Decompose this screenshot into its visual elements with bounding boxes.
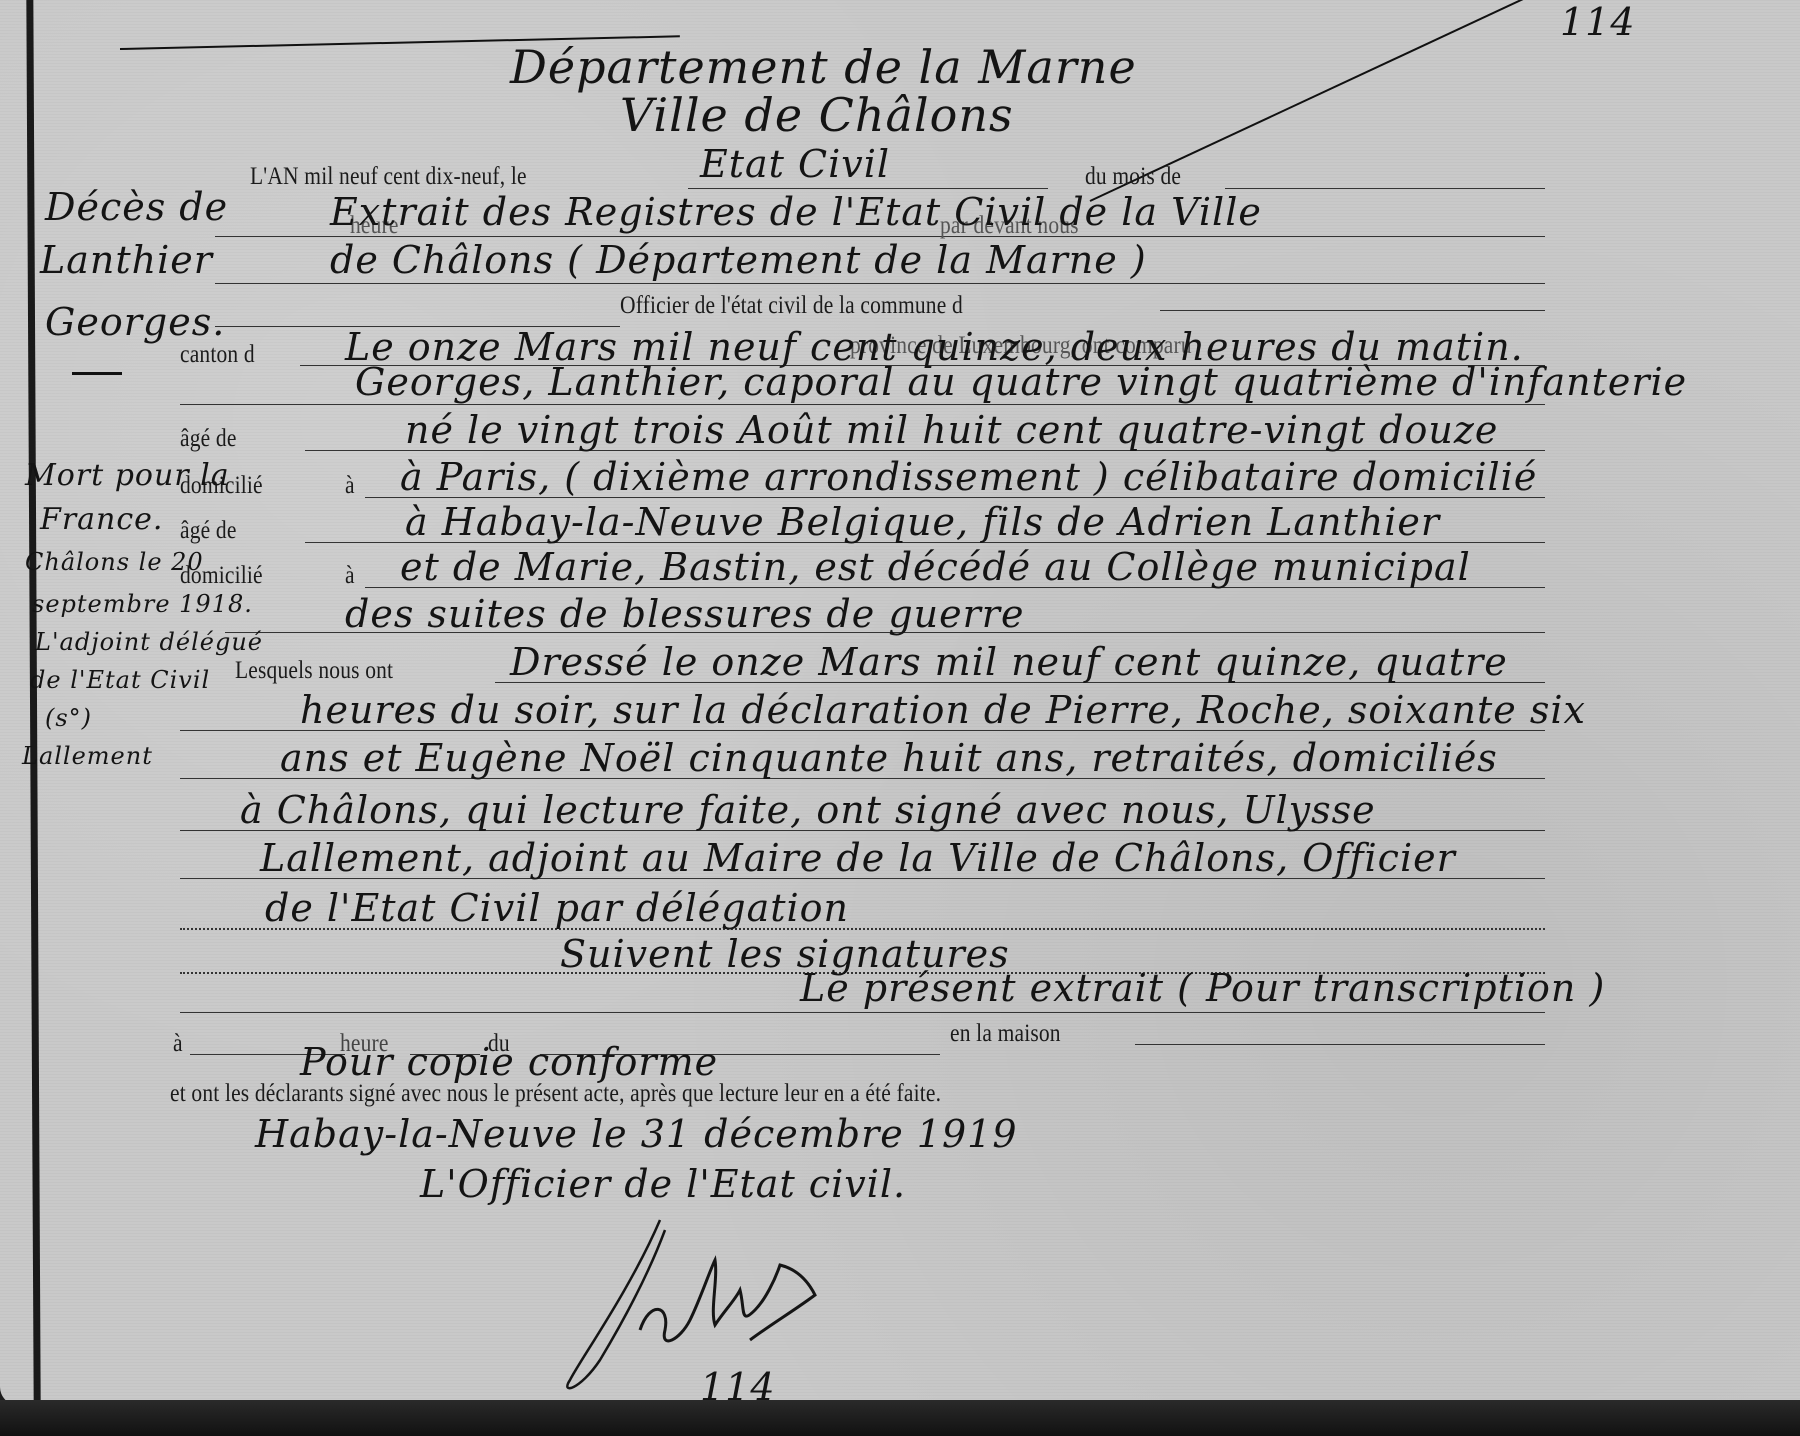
rule-line3 (215, 283, 1545, 284)
rule-line2 (215, 236, 1545, 237)
hand-etat-civil: Etat Civil (700, 142, 890, 186)
margin-mention-7: (s°) (45, 704, 92, 732)
hand-line-delegation: de l'Etat Civil par délégation (265, 886, 849, 930)
printed-dom2-a: à (345, 562, 355, 590)
rule-month (1225, 188, 1545, 189)
margin-mention-6: de l'Etat Civil (30, 666, 210, 694)
hand-line-domicile: à Habay-la-Neuve Belgique, fils de Adrie… (405, 500, 1440, 544)
margin-mention-8: Lallement (22, 742, 153, 770)
hand-place-date: Habay-la-Neuve le 31 décembre 1919 (255, 1112, 1018, 1156)
header-ville: Ville de Châlons (620, 88, 1014, 142)
hand-line-identity: Georges, Lanthier, caporal au quatre vin… (355, 360, 1687, 404)
header-department: Département de la Marne (510, 40, 1137, 94)
printed-maison-label: en la maison (950, 1020, 1061, 1048)
hand-line-cause: des suites de blessures de guerre (345, 592, 1024, 636)
register-page: 114 Département de la Marne Ville de Châ… (0, 0, 1800, 1405)
margin-mention-3: Châlons le 20 (25, 548, 204, 576)
hand-officier-title: L'Officier de l'Etat civil. (420, 1162, 906, 1206)
printed-dom1-a: à (345, 472, 355, 500)
margin-mention-2: France. (40, 502, 163, 537)
corner-annotation: 114 (1560, 0, 1636, 44)
printed-closing: et ont les déclarants signé avec nous le… (170, 1080, 941, 1108)
rule-line6 (180, 404, 1545, 405)
hand-line-witnesses: ans et Eugène Noël cinquante huit ans, r… (280, 736, 1498, 780)
page-binding-line (26, 0, 40, 1400)
hand-line-birth: né le vingt trois Août mil huit cent qua… (405, 408, 1498, 452)
hand-line-adjoint: Lallement, adjoint au Maire de la Ville … (260, 836, 1456, 880)
printed-month-label: du mois de (1085, 163, 1181, 191)
hand-line-signed: à Châlons, qui lecture faite, ont signé … (240, 788, 1376, 832)
margin-title-line-1: Décès de (45, 185, 228, 229)
hand-line-chalons: de Châlons ( Département de la Marne ) (330, 238, 1147, 282)
hand-line-declaration: heures du soir, sur la déclaration de Pi… (300, 688, 1586, 732)
printed-officier-label: Officier de l'état civil de la commune d (620, 292, 963, 320)
margin-title-line-2: Lanthier (40, 238, 213, 282)
printed-a-label: à (173, 1030, 183, 1058)
printed-age2-label: âgé de (180, 517, 237, 545)
margin-mention-1: Mort pour la (25, 458, 230, 493)
margin-mention-4: septembre 1918. (32, 590, 253, 618)
rule-maison (1135, 1044, 1545, 1045)
hand-line-extrait: Extrait des Registres de l'Etat Civil de… (330, 190, 1262, 234)
printed-lesquels-label: Lesquels nous ont (235, 657, 393, 685)
page-bottom-edge (0, 1400, 1800, 1436)
printed-age1-label: âgé de (180, 425, 237, 453)
hand-line-parents: et de Marie, Bastin, est décédé au Collè… (400, 545, 1471, 589)
hand-copie-conforme: Pour copie conforme (300, 1040, 718, 1084)
rule-line19 (180, 1012, 1545, 1013)
margin-title-line-3: Georges. (45, 300, 225, 344)
rule-line4b (1160, 310, 1545, 311)
rule-day (688, 188, 1048, 189)
hand-line-dresse: Dressé le onze Mars mil neuf cent quinze… (510, 640, 1508, 684)
printed-year-label: L'AN mil neuf cent dix-neuf, le (250, 163, 527, 191)
margin-underline (72, 372, 122, 375)
printed-canton-label: canton d (180, 341, 255, 369)
hand-line-present-extrait: Le présent extrait ( Pour transcription … (800, 966, 1605, 1010)
margin-mention-5: L'adjoint délégué (35, 628, 263, 656)
hand-line-birthplace: à Paris, ( dixième arrondissement ) céli… (400, 455, 1537, 499)
